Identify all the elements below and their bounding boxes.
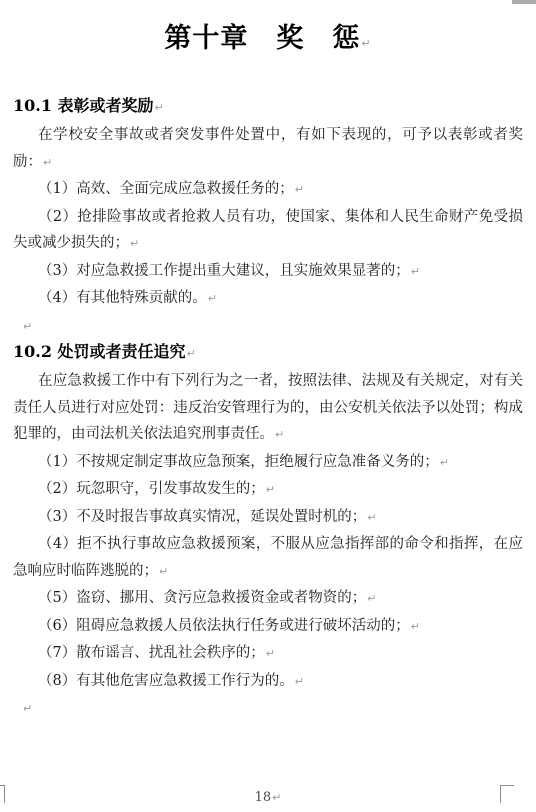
paragraph-text: 在应急救援工作中有下列行为之一者，按照法律、法规及有关规定，对有关责任人员进行对… — [13, 373, 523, 442]
list-item: （2）玩忽职守，引发事故发生的；↵ — [13, 476, 523, 504]
page-number: 18 — [255, 790, 272, 805]
list-item-text: （2）玩忽职守，引发事故发生的； — [38, 481, 265, 497]
list-item-text: （4）有其他特殊贡献的。 — [38, 290, 207, 306]
list-item: （4）有其他特殊贡献的。↵ — [13, 285, 523, 313]
list-item: （6）阻碍应急救援人员依法执行任务或进行破坏活动的；↵ — [13, 613, 523, 641]
chapter-title: 第十章 奖 惩↵ — [13, 22, 523, 61]
list-item-text: （2）抢排险事故或者抢救人员有功，使国家、集体和人民生命财产免受损失或减少损失的… — [13, 209, 523, 252]
list-item: （4）拒不执行事故应急救援预案，不服从应急指挥部的命令和指挥，在应急响应时临阵逃… — [13, 531, 523, 585]
scrollbar-fragment[interactable] — [512, 0, 536, 4]
paragraph-mark-icon: ↵ — [154, 101, 164, 114]
paragraph-mark-icon: ↵ — [186, 347, 196, 360]
document-page: 第十章 奖 惩↵ 10.1 表彰或者奖励↵ 在学校安全事故或者突发事件处置中，有… — [0, 0, 536, 812]
empty-paragraph: ↵ — [13, 313, 523, 340]
paragraph-text: 在学校安全事故或者突发事件处置中，有如下表现的，可予以表彰或者奖励： — [13, 127, 523, 170]
empty-paragraph: ↵ — [13, 695, 523, 722]
paragraph-mark-icon: ↵ — [207, 292, 217, 305]
section-heading-text: 10.2 处罚或者责任追究 — [13, 342, 186, 361]
paragraph-mark-icon: ↵ — [439, 456, 449, 469]
paragraph-mark-icon: ↵ — [265, 483, 275, 496]
list-item-text: （8）有其他危害应急救援工作行为的。 — [38, 673, 294, 689]
paragraph-mark-icon: ↵ — [42, 156, 52, 169]
list-item-text: （6）阻碍应急救援人员依法执行任务或进行破坏活动的； — [38, 618, 410, 634]
paragraph: 在应急救援工作中有下列行为之一者，按照法律、法规及有关规定，对有关责任人员进行对… — [13, 368, 523, 449]
paragraph-mark-icon: ↵ — [271, 791, 281, 804]
list-item: （8）有其他危害应急救援工作行为的。↵ — [13, 668, 523, 696]
paragraph-mark-icon: ↵ — [129, 237, 139, 250]
paragraph-mark-icon: ↵ — [158, 565, 168, 578]
list-item: （5）盗窃、挪用、贪污应急救援资金或者物资的；↵ — [13, 585, 523, 613]
paragraph-mark-icon: ↵ — [274, 428, 284, 441]
list-item: （7）散布谣言、扰乱社会秩序的；↵ — [13, 640, 523, 668]
paragraph-mark-icon: ↵ — [22, 320, 32, 333]
paragraph: 在学校安全事故或者突发事件处置中，有如下表现的，可予以表彰或者奖励：↵ — [13, 122, 523, 176]
list-item-text: （4）拒不执行事故应急救援预案，不服从应急指挥部的命令和指挥，在应急响应时临阵逃… — [13, 536, 523, 579]
paragraph-mark-icon: ↵ — [360, 37, 371, 50]
paragraph-mark-icon: ↵ — [366, 511, 376, 524]
paragraph-mark-icon: ↵ — [410, 265, 420, 278]
paragraph-mark-icon: ↵ — [410, 620, 420, 633]
list-item: （2）抢排险事故或者抢救人员有功，使国家、集体和人民生命财产免受损失或减少损失的… — [13, 204, 523, 258]
list-item-text: （5）盗窃、挪用、贪污应急救援资金或者物资的； — [38, 590, 366, 606]
list-item-text: （7）散布谣言、扰乱社会秩序的； — [38, 645, 265, 661]
list-item: （1）高效、全面完成应急救援任务的；↵ — [13, 176, 523, 204]
paragraph-mark-icon: ↵ — [265, 647, 275, 660]
list-item-text: （1）不按规定制定事故应急预案，拒绝履行应急准备义务的； — [38, 454, 439, 470]
list-item-text: （3）不及时报告事故真实情况，延误处置时机的； — [38, 509, 366, 525]
list-item: （3）对应急救援工作提出重大建议，且实施效果显著的；↵ — [13, 258, 523, 286]
section-heading-text: 10.1 表彰或者奖励 — [13, 96, 154, 115]
list-item: （1）不按规定制定事故应急预案，拒绝履行应急准备义务的；↵ — [13, 449, 523, 477]
paragraph-mark-icon: ↵ — [366, 592, 376, 605]
list-item: （3）不及时报告事故真实情况，延误处置时机的；↵ — [13, 504, 523, 532]
paragraph-mark-icon: ↵ — [294, 183, 304, 196]
page-footer: 18↵ — [0, 790, 536, 806]
section-heading-10-2: 10.2 处罚或者责任追究↵ — [13, 341, 523, 364]
chapter-title-text: 第十章 奖 惩 — [164, 23, 360, 54]
section-heading-10-1: 10.1 表彰或者奖励↵ — [13, 95, 523, 118]
paragraph-mark-icon: ↵ — [22, 702, 32, 715]
paragraph-mark-icon: ↵ — [294, 675, 304, 688]
list-item-text: （3）对应急救援工作提出重大建议，且实施效果显著的； — [38, 263, 410, 279]
list-item-text: （1）高效、全面完成应急救援任务的； — [38, 181, 294, 197]
